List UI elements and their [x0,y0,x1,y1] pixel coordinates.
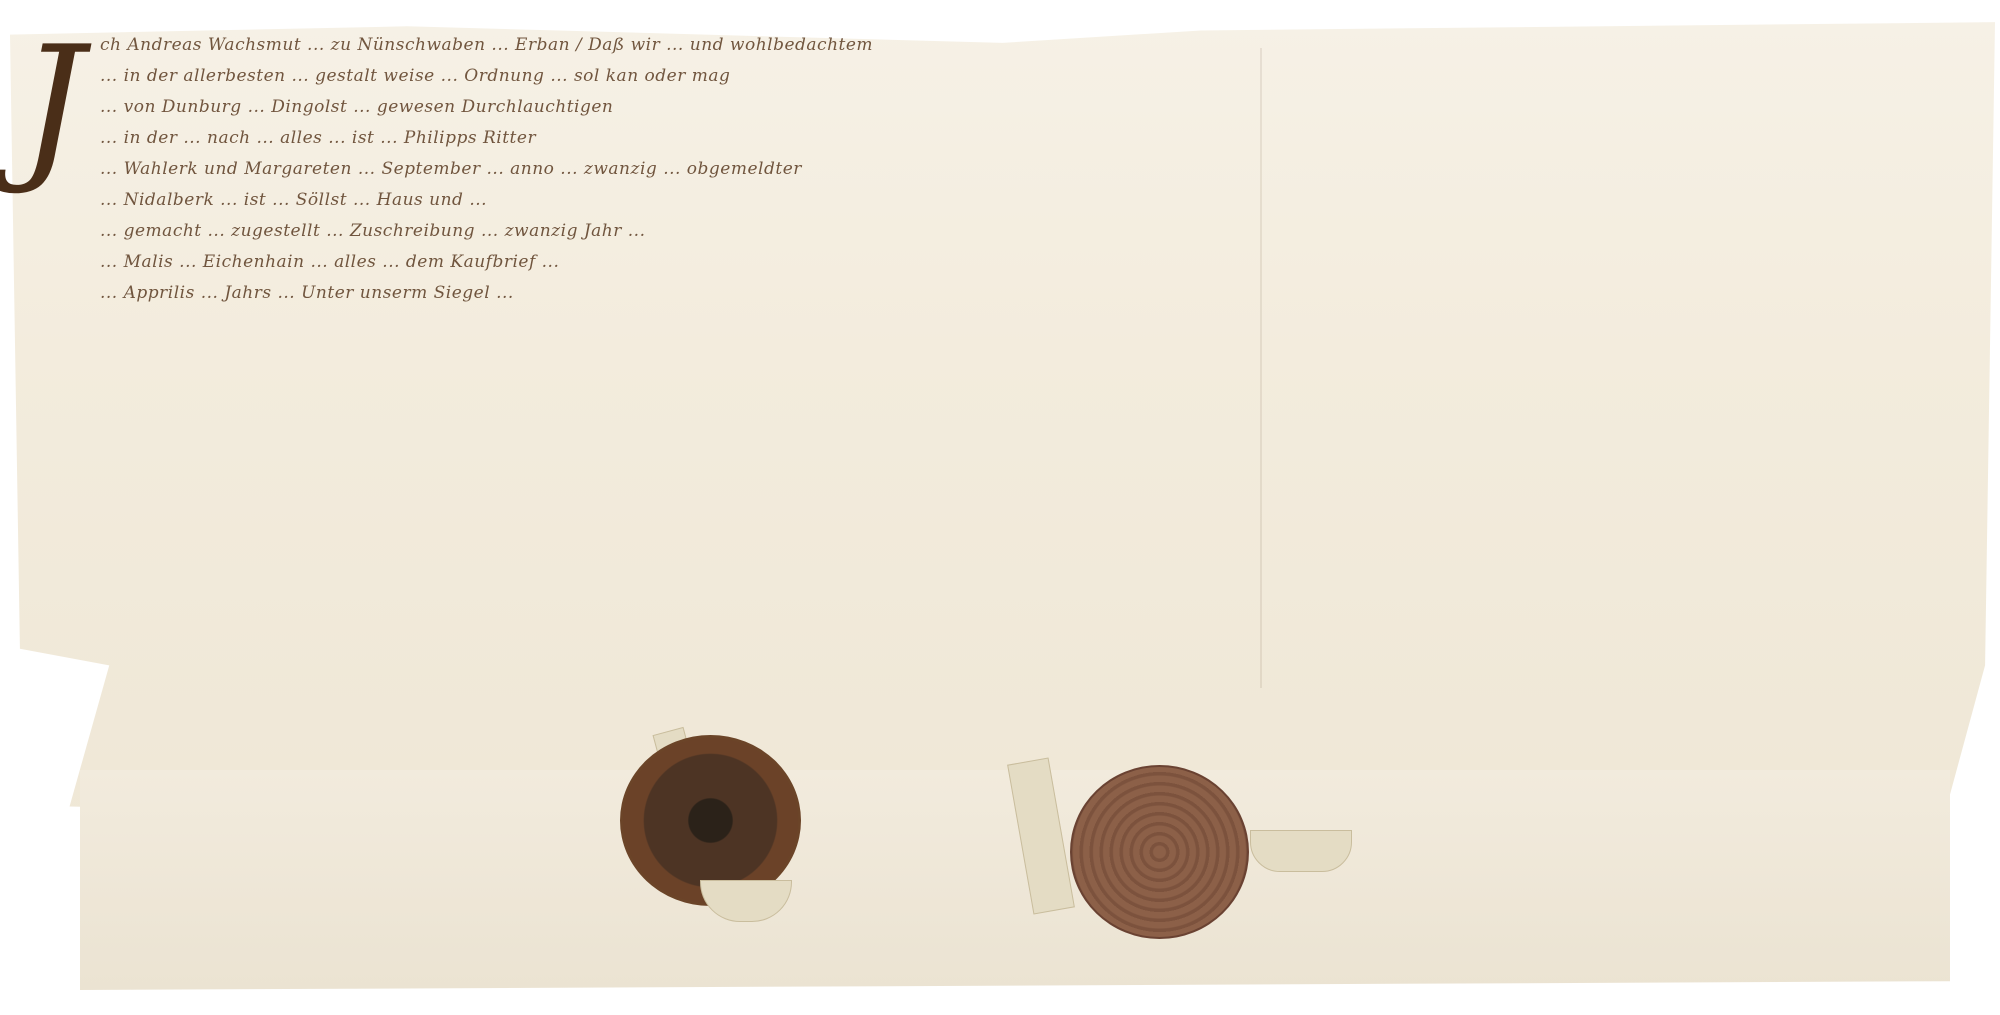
text-line: ... Malis ... Eichenhain ... alles ... d… [100,247,1980,278]
text-line: ... Apprilis ... Jahrs ... Unter unserm … [100,278,1980,309]
right-wooden-seal-box [1070,765,1249,939]
text-line: ... Nidalberk ... ist ... Söllst ... Hau… [100,185,1980,216]
text-line: ... Wahlerk und Margareten ... September… [100,154,1980,185]
manuscript-text: ch Andreas Wachsmut ... zu Nünschwaben .… [100,30,1980,309]
seal-strap [1250,830,1352,872]
text-line: ... gemacht ... zugestellt ... Zuschreib… [100,216,1980,247]
text-line: ch Andreas Wachsmut ... zu Nünschwaben .… [100,30,1980,61]
text-line: ... von Dunburg ... Dingolst ... gewesen… [100,92,1980,123]
text-line: ... in der ... nach ... alles ... ist ..… [100,123,1980,154]
text-line: ... in der allerbesten ... gestalt weise… [100,61,1980,92]
decorated-initial: J [20,25,84,185]
